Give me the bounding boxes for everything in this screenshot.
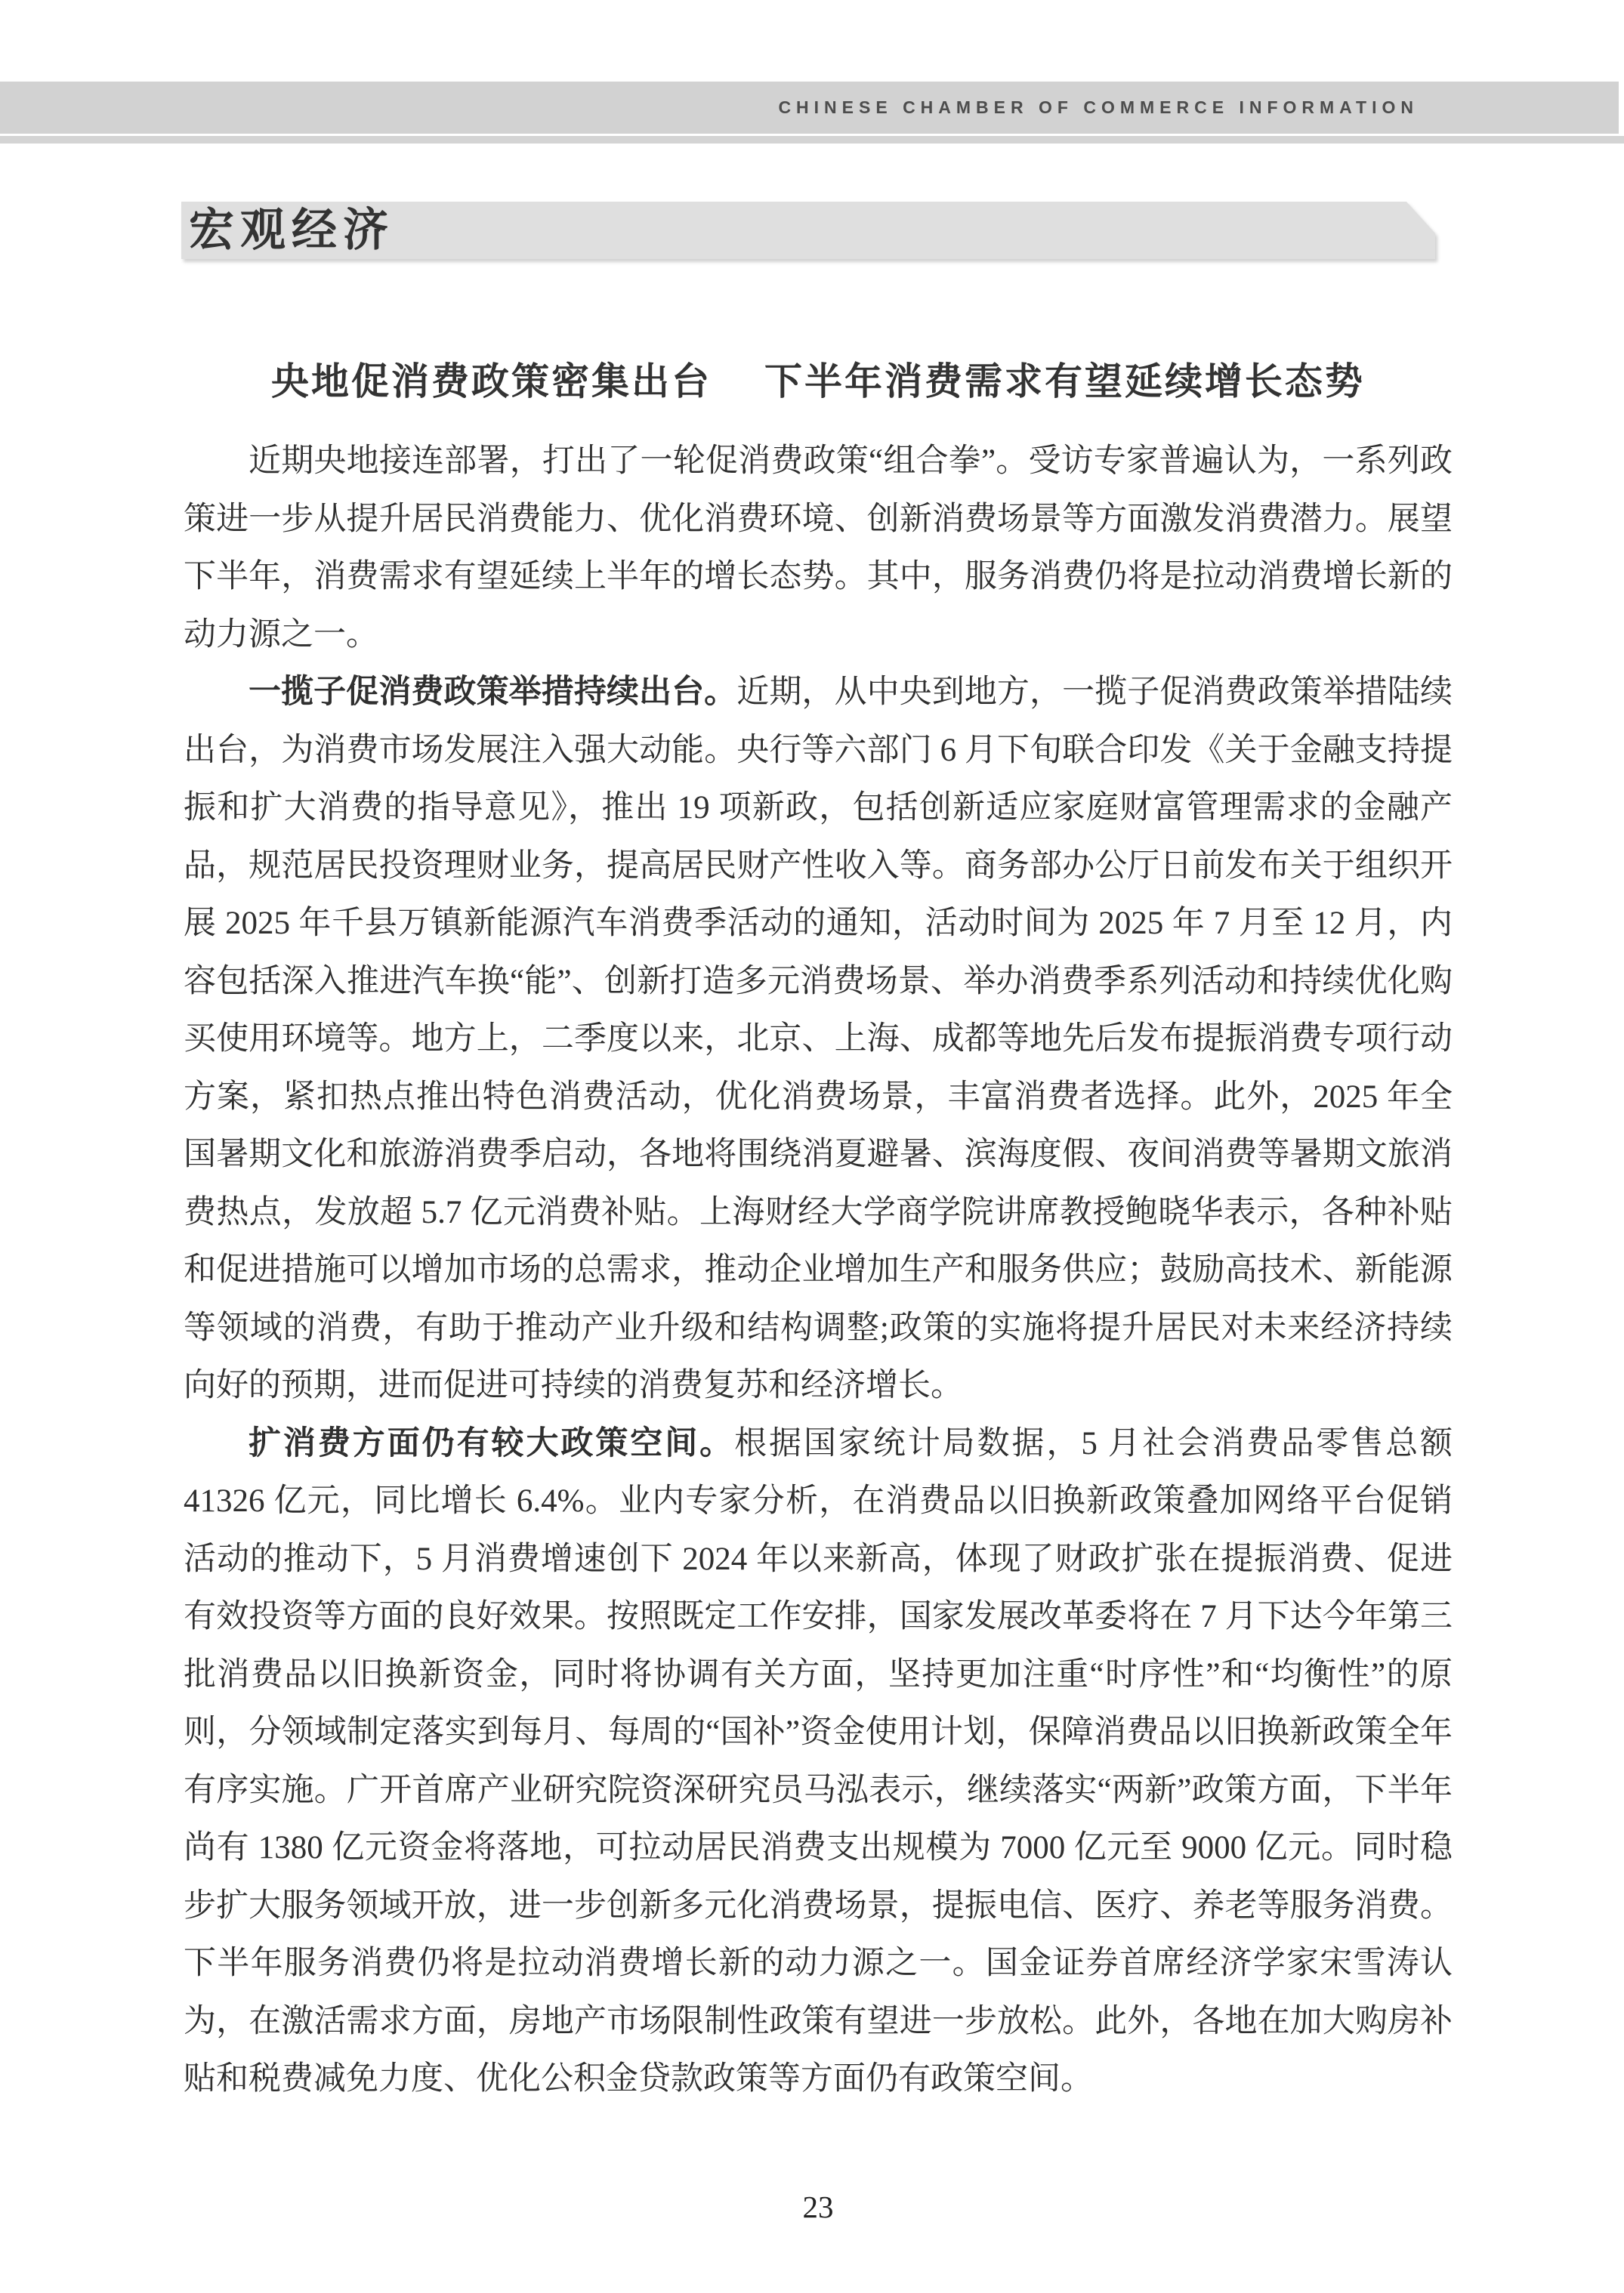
header-band: CHINESE CHAMBER OF COMMERCE INFORMATION <box>0 82 1619 134</box>
paragraph-outlook: 扩消费方面仍有较大政策空间。根据国家统计局数据，5 月社会消费品零售总额 413… <box>184 1415 1453 2109</box>
paragraph-policies-text: 近期，从中央到地方，一揽子促消费政策举措陆续出台，为消费市场发展注入强大动能。央… <box>184 674 1453 1403</box>
paragraph-policies: 一揽子促消费政策举措持续出台。近期，从中央到地方，一揽子促消费政策举措陆续出台，… <box>184 664 1453 1415</box>
section-banner: 宏观经济 <box>181 202 1435 259</box>
section-banner-shape: 宏观经济 <box>181 202 1435 259</box>
paragraph-outlook-text: 根据国家统计局数据，5 月社会消费品零售总额 41326 亿元，同比增长 6.4… <box>184 1426 1453 2097</box>
paragraph-outlook-lead: 扩消费方面仍有较大政策空间。 <box>249 1426 734 1461</box>
paragraph-intro: 近期央地接连部署，打出了一轮促消费政策“组合拳”。受访专家普遍认为，一系列政策进… <box>184 433 1453 664</box>
article-title: 央地促消费政策密集出台 下半年消费需求有望延续增长态势 <box>184 355 1453 408</box>
section-label: 宏观经济 <box>181 208 394 253</box>
page-number: 23 <box>184 2189 1453 2225</box>
header-band-text: CHINESE CHAMBER OF COMMERCE INFORMATION <box>778 97 1419 118</box>
article-body: 近期央地接连部署，打出了一轮促消费政策“组合拳”。受访专家普遍认为，一系列政策进… <box>184 433 1453 2109</box>
document-page: CHINESE CHAMBER OF COMMERCE INFORMATION … <box>0 0 1624 2293</box>
paragraph-intro-text: 近期央地接连部署，打出了一轮促消费政策“组合拳”。受访专家普遍认为，一系列政策进… <box>184 443 1453 653</box>
header-stripe <box>0 136 1624 144</box>
paragraph-policies-lead: 一揽子促消费政策举措持续出台。 <box>249 674 736 710</box>
